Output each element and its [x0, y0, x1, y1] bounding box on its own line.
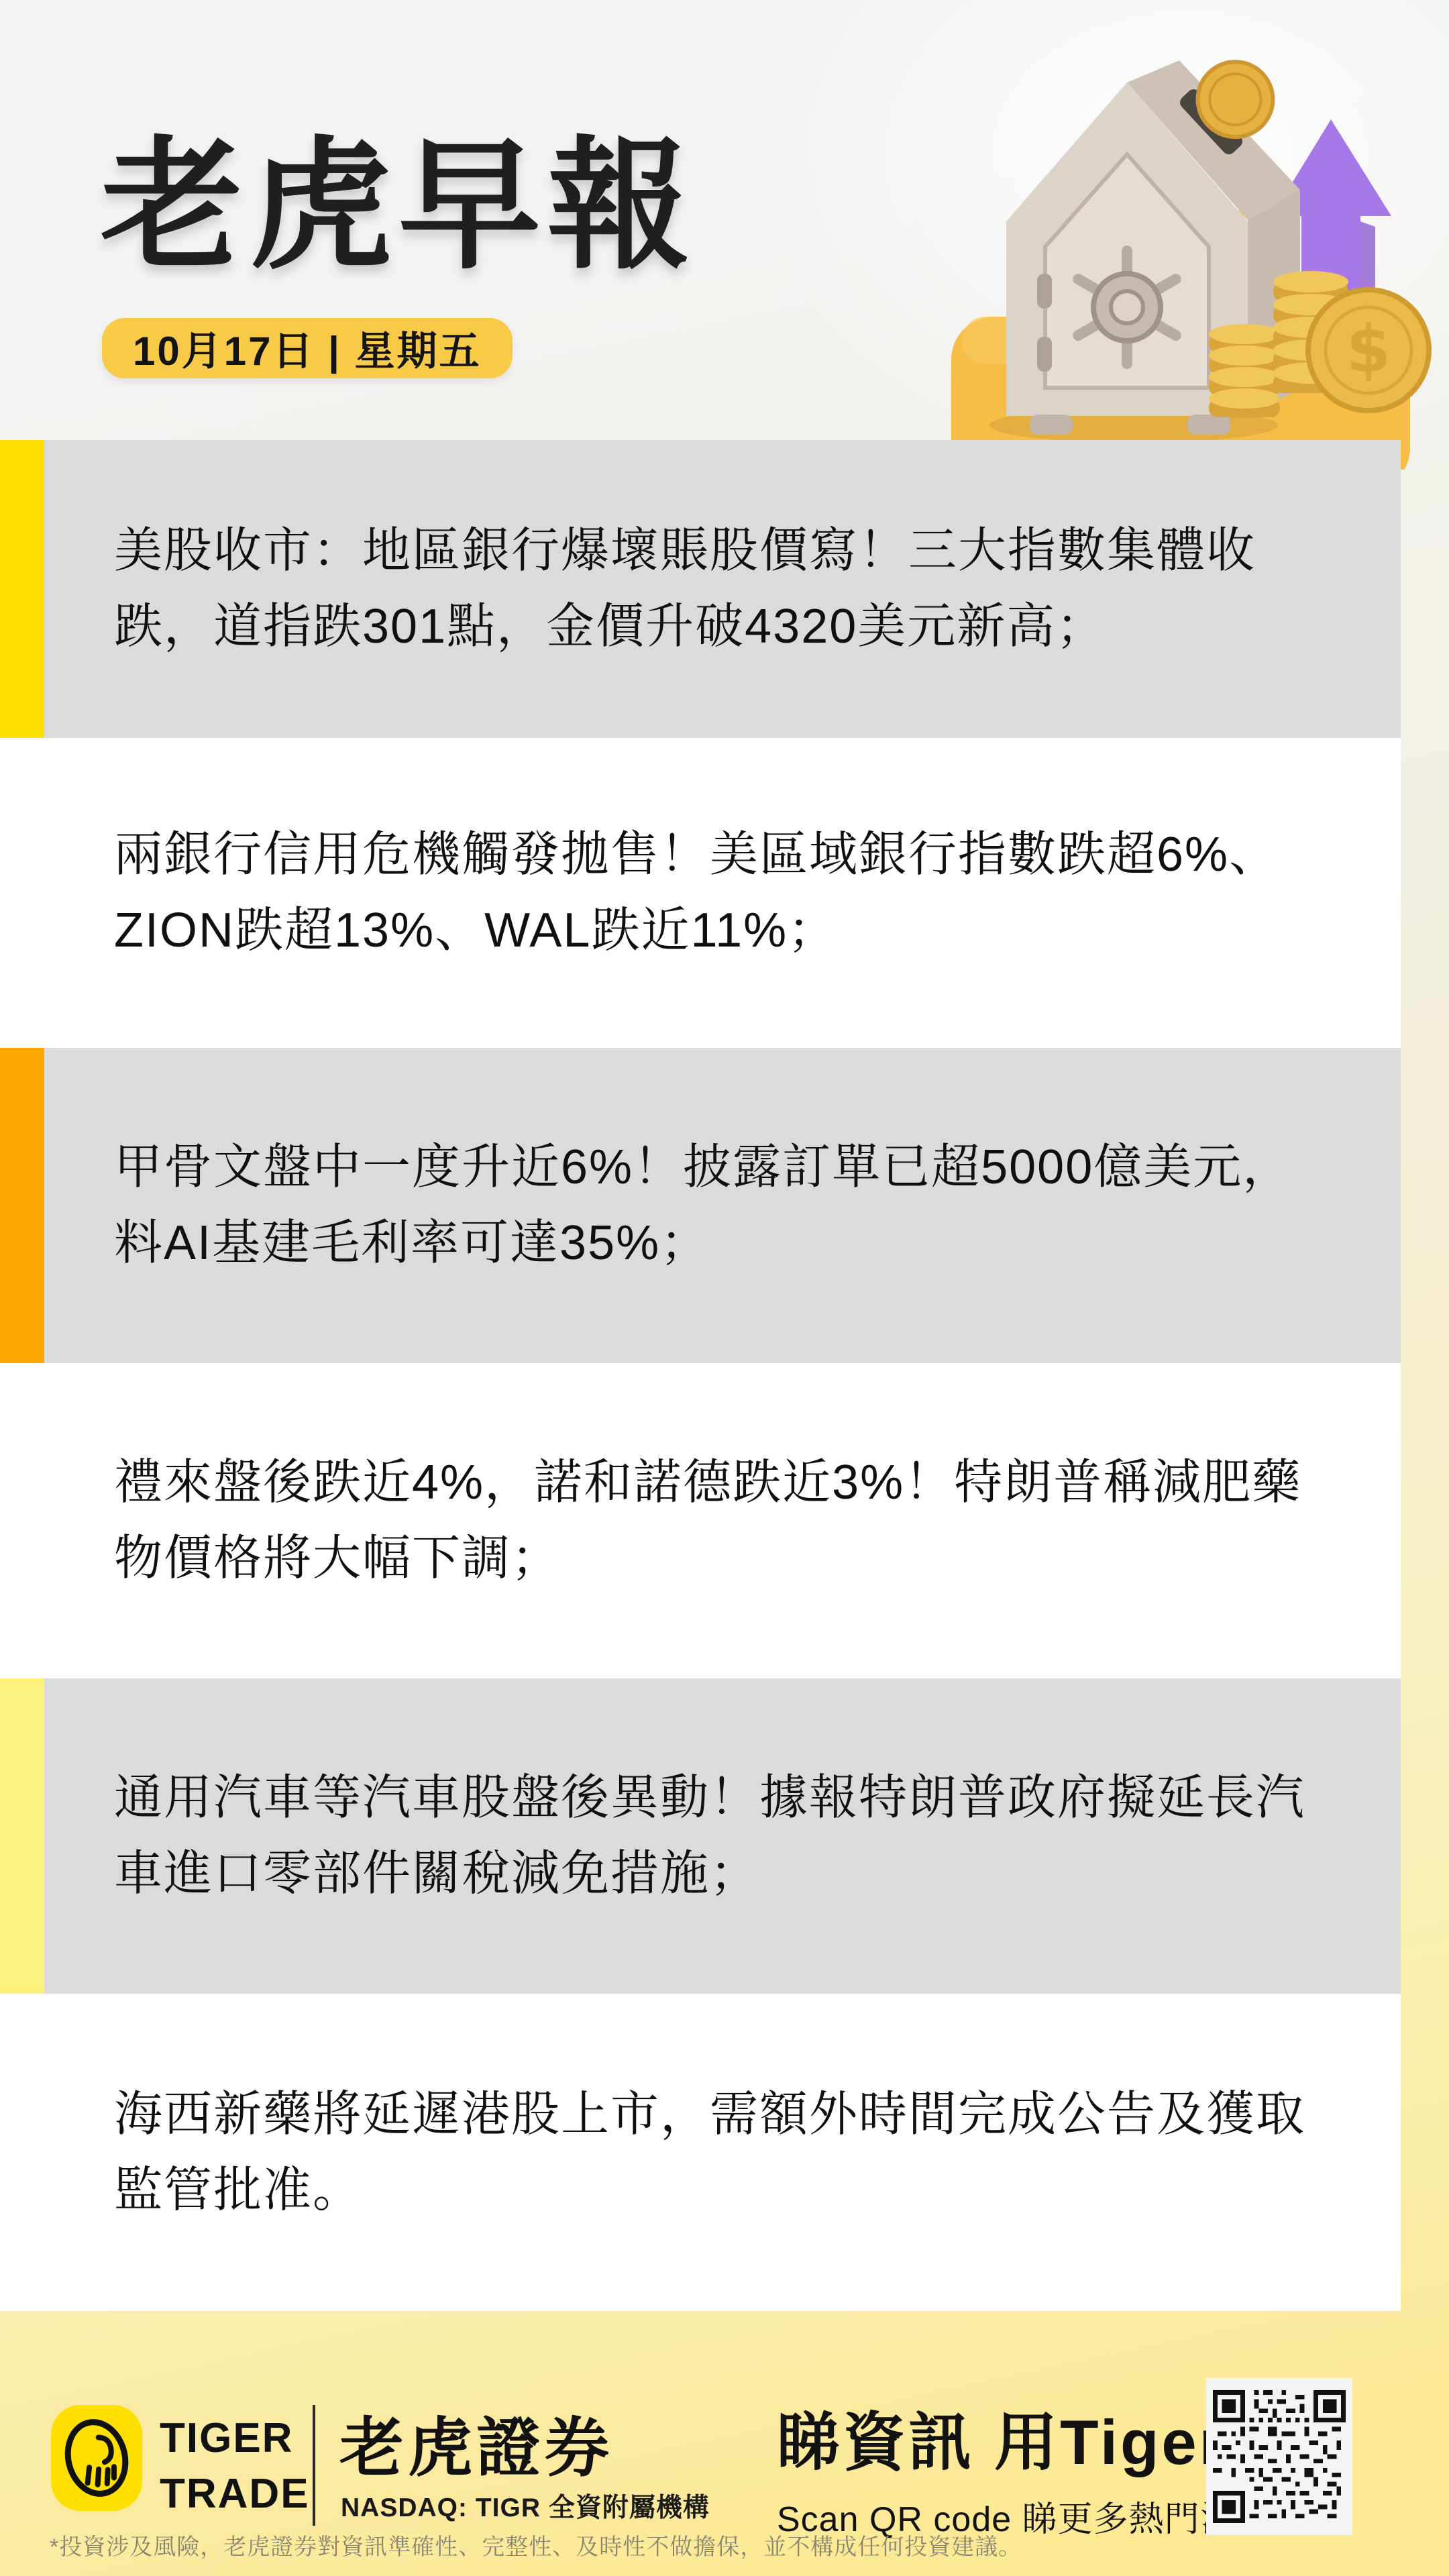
news-item-text: 美股收市：地區銀行爆壞賬股價寫！三大指數集體收跌，道指跌301點，金價升破432…: [114, 513, 1322, 665]
accent-bar: [0, 1678, 44, 1994]
news-item-text: 海西新藥將延遲港股上市，需額外時間完成公告及獲取監管批准。: [114, 2077, 1322, 2229]
footer: TIGER TRADE 老虎證券 NASDAQ: TIGR 全資附屬機構 睇資訊…: [0, 2311, 1449, 2576]
news-item-text: 甲骨文盤中一度升近6%！披露訂單已超5000億美元，料AI基建毛利率可達35%；: [114, 1130, 1322, 1281]
hero-illustration: $: [906, 13, 1449, 470]
news-item: 兩銀行信用危機觸發拋售！美區域銀行指數跌超6%、ZION跌超13%、WAL跌近1…: [0, 738, 1401, 1048]
footer-divider: [313, 2405, 315, 2526]
accent-bar: [0, 1048, 44, 1363]
brand-name-line1: TIGER: [160, 2410, 310, 2466]
news-list: 美股收市：地區銀行爆壞賬股價寫！三大指數集體收跌，道指跌301點，金價升破432…: [0, 440, 1401, 2311]
vault-coins-arrows-icon: $: [906, 13, 1449, 470]
news-item-text: 通用汽車等汽車股盤後異動！據報特朗普政府擬延長汽車進口零部件關稅減免措施；: [114, 1760, 1322, 1912]
news-item: 禮來盤後跌近4%，諾和諾德跌近3%！特朗普稱減肥藥物價格將大幅下調；: [0, 1363, 1401, 1678]
accent-bar: [0, 440, 44, 738]
page-title: 老虎早報: [101, 131, 696, 281]
brand-name-en: TIGER TRADE: [160, 2410, 310, 2522]
tiger-face-icon: [62, 2416, 131, 2500]
news-item: 美股收市：地區銀行爆壞賬股價寫！三大指數集體收跌，道指跌301點，金價升破432…: [0, 440, 1401, 738]
news-item-text: 兩銀行信用危機觸發拋售！美區域銀行指數跌超6%、ZION跌超13%、WAL跌近1…: [114, 817, 1322, 969]
news-item: 通用汽車等汽車股盤後異動！據報特朗普政府擬延長汽車進口零部件關稅減免措施；: [0, 1678, 1401, 1994]
morning-report-poster: 老虎早報 10月17日 | 星期五: [0, 0, 1449, 2576]
footer-slogan: 睇資訊 用Tiger: [777, 2392, 1226, 2482]
disclaimer-text: *投資涉及風險，老虎證券對資訊準確性、完整性、及時性不做擔保，並不構成任何投資建…: [50, 2528, 1022, 2561]
news-item: 海西新藥將延遲港股上市，需額外時間完成公告及獲取監管批准。: [0, 1994, 1401, 2311]
news-item-text: 禮來盤後跌近4%，諾和諾德跌近3%！特朗普稱減肥藥物價格將大幅下調；: [114, 1445, 1322, 1597]
brand-name-cn: 老虎證券: [339, 2397, 613, 2489]
brand-subtitle: NASDAQ: TIGR 全資附屬機構: [341, 2487, 710, 2524]
date-badge: 10月17日 | 星期五: [102, 318, 513, 378]
qr-code-icon: [1213, 2390, 1346, 2523]
tiger-trade-logo: [51, 2405, 142, 2511]
svg-text:$: $: [1346, 312, 1391, 387]
brand-name-line2: TRADE: [160, 2466, 310, 2522]
news-item: 甲骨文盤中一度升近6%！披露訂單已超5000億美元，料AI基建毛利率可達35%；: [0, 1048, 1401, 1363]
qr-code: [1206, 2378, 1352, 2535]
